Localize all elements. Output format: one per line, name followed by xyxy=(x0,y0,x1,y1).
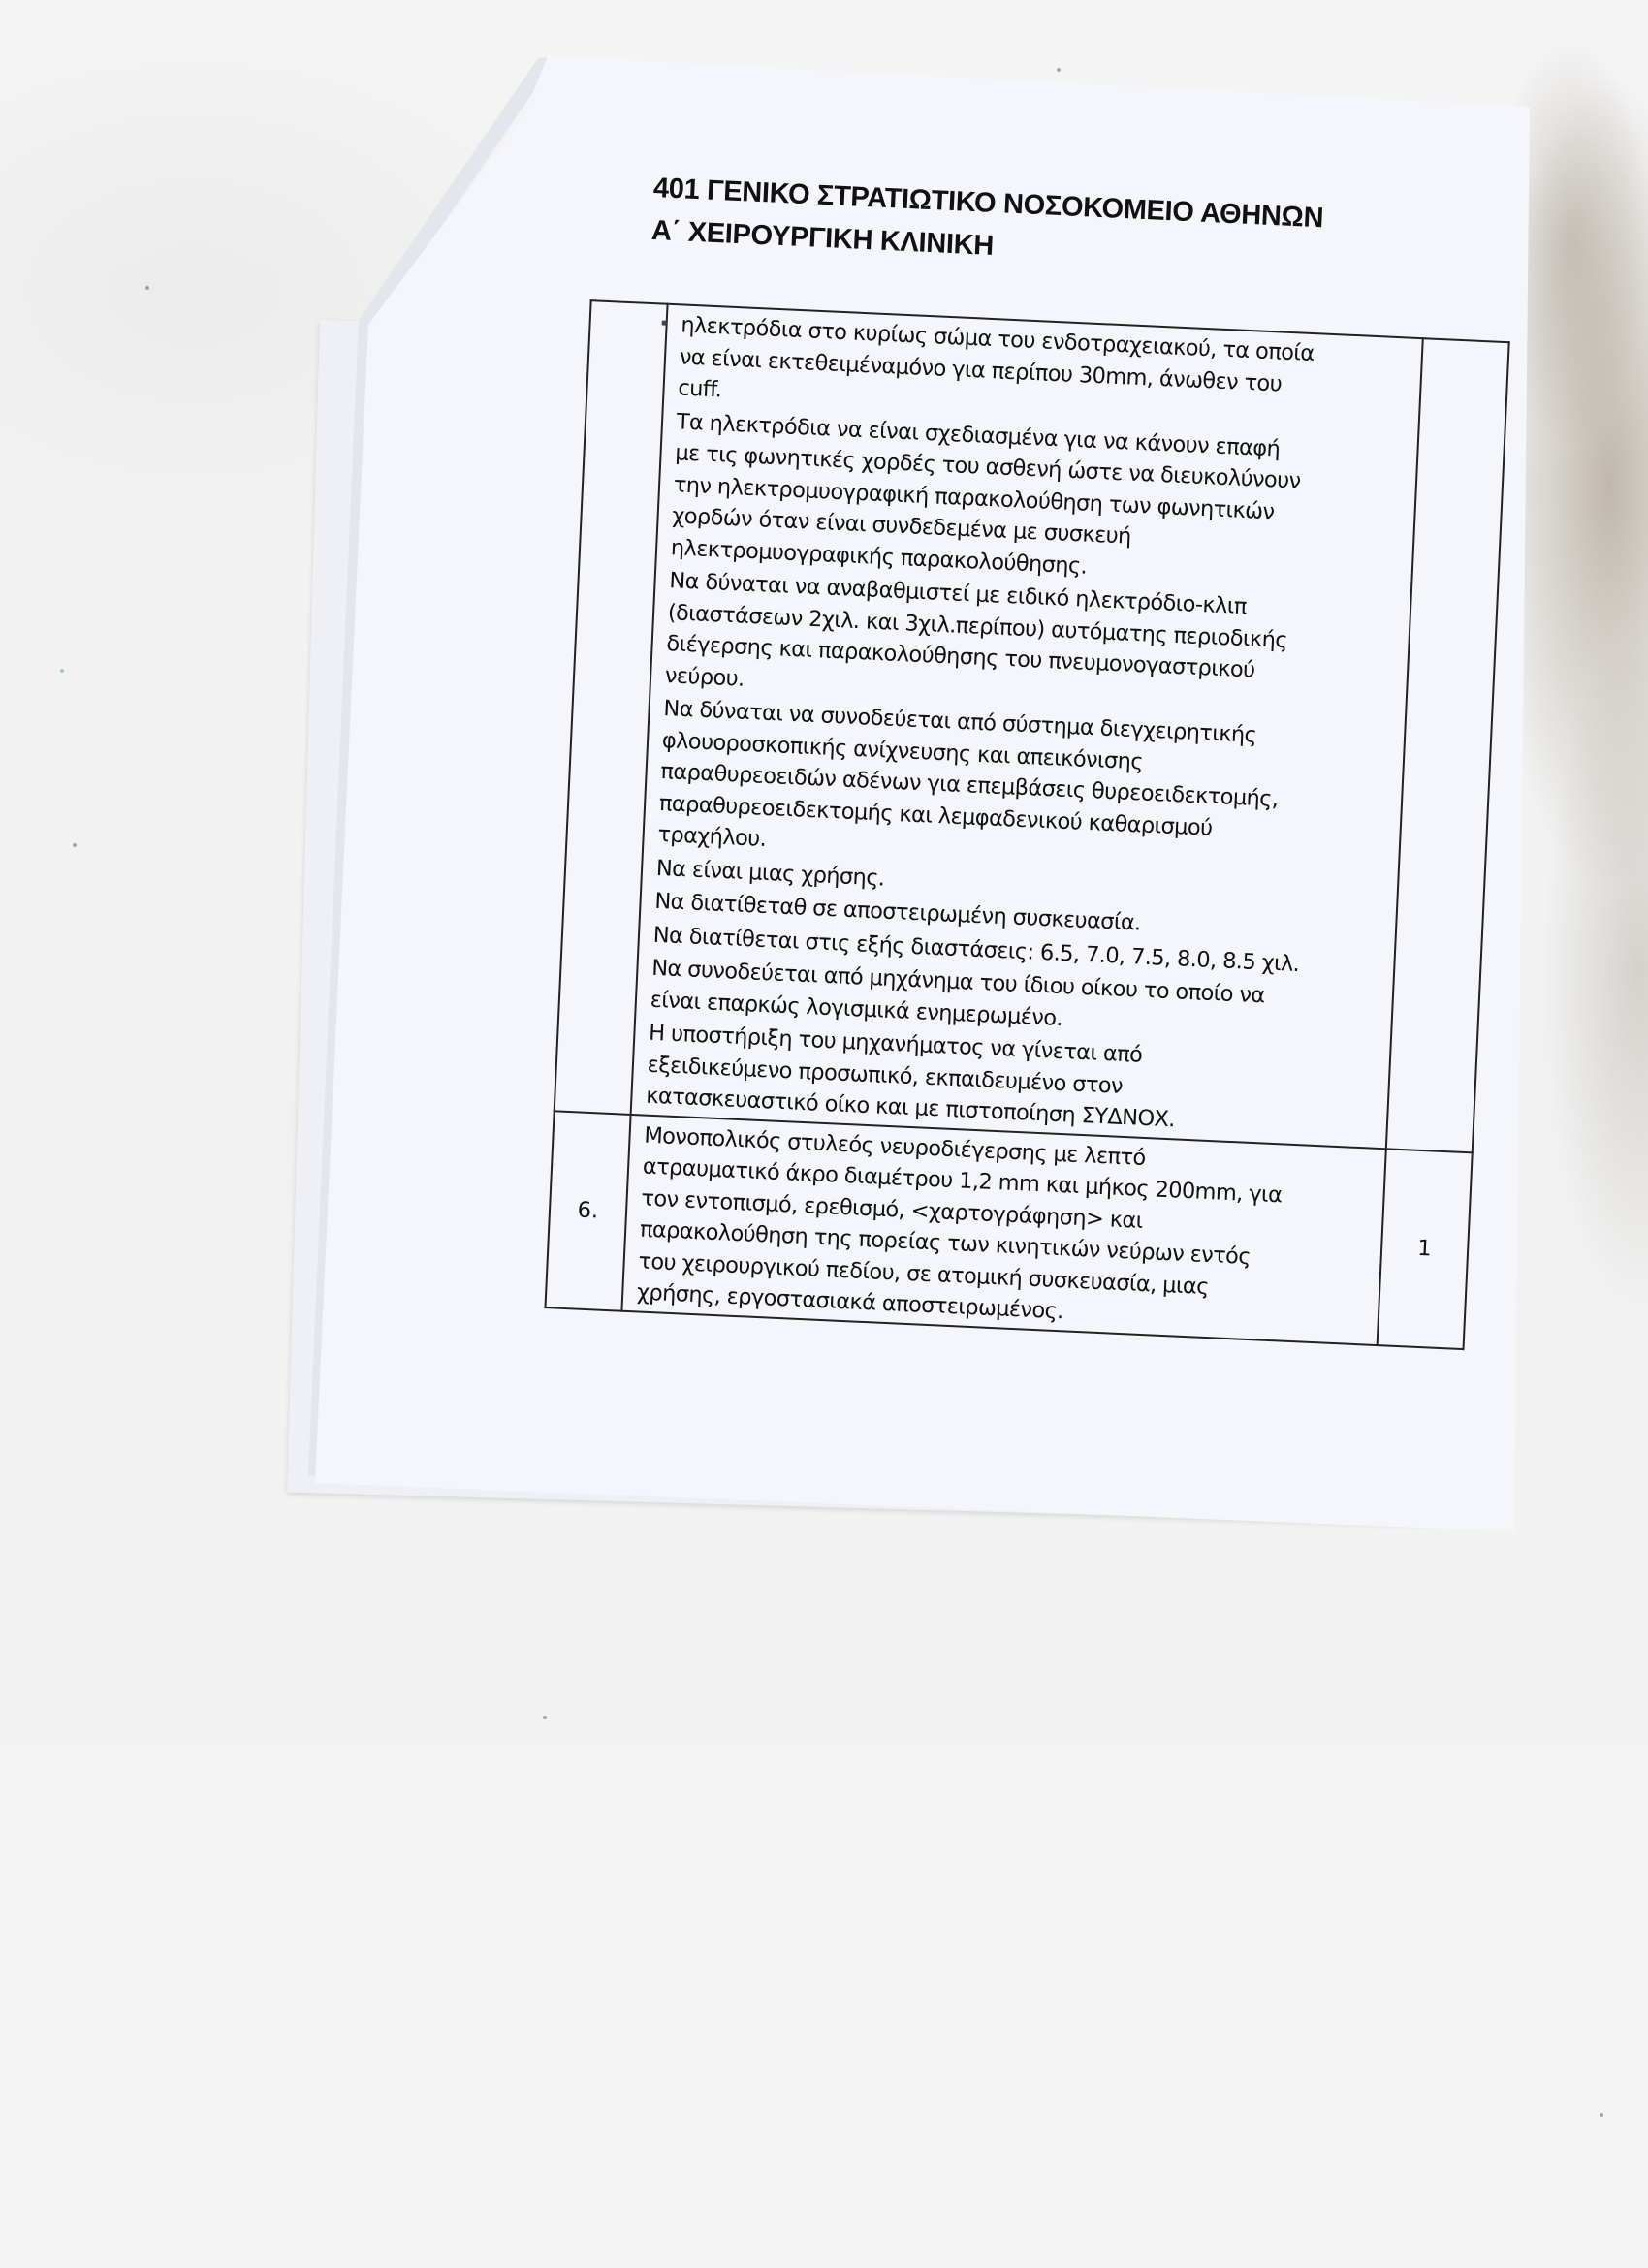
dust-speck xyxy=(543,1716,547,1719)
table-row: 6.Μονοπολικός στυλεός νευροδιέγερσης με … xyxy=(546,1111,1473,1349)
item-number-cell: 6. xyxy=(546,1111,631,1310)
description-paragraph: Να δύναται να συνοδεύεται από σύστημα δι… xyxy=(657,693,1394,884)
quantity-cell: 1 xyxy=(1377,1149,1473,1349)
table-row: ηλεκτρόδια στο κυρίως σώμα του ενδοτραχε… xyxy=(555,300,1509,1152)
bullet-mark-icon xyxy=(661,321,666,326)
item-description-cell: ηλεκτρόδια στο κυρίως σώμα του ενδοτραχε… xyxy=(630,304,1422,1149)
dust-speck xyxy=(1057,68,1061,72)
description-paragraph: Μονοπολικός στυλεός νευροδιέγερσης με λε… xyxy=(636,1119,1375,1341)
dust-speck xyxy=(145,286,149,290)
description-paragraph: Τα ηλεκτρόδια να είναι σχεδιασμένα για ν… xyxy=(670,406,1407,597)
dust-speck xyxy=(60,669,64,673)
item-description-cell: Μονοπολικός στυλεός νευροδιέγερσης με λε… xyxy=(621,1114,1385,1344)
dust-speck xyxy=(1600,2113,1603,2117)
specifications-table: ηλεκτρόδια στο κυρίως σώμα του ενδοτραχε… xyxy=(544,299,1509,1350)
dust-speck xyxy=(73,843,77,847)
